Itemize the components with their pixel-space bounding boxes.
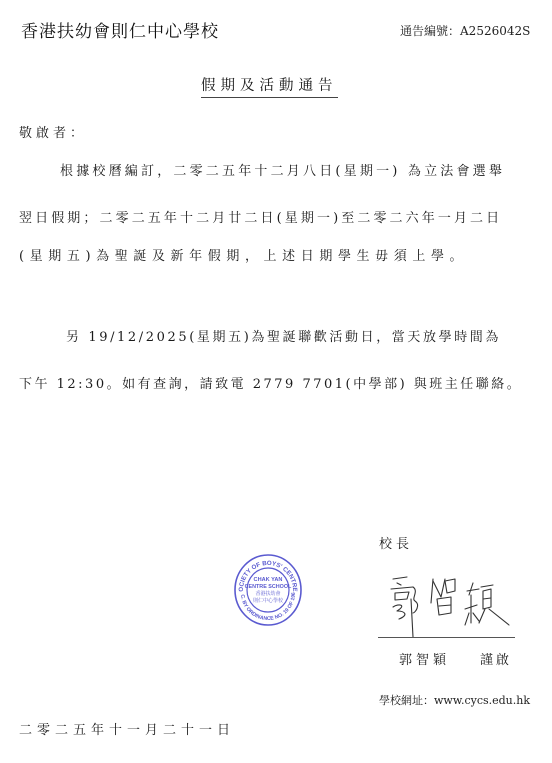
paragraph1-line1: 根據校曆編訂，二零二五年十二月八日(星期一) 為立法會選舉 xyxy=(60,160,505,179)
signature-line xyxy=(378,637,515,638)
notice-number-value: A2526042S xyxy=(460,24,530,38)
school-website: 學校網址：www.cycs.edu.hk xyxy=(379,692,530,708)
salutation: 敬啟者： xyxy=(19,122,87,141)
website-label: 學校網址： xyxy=(379,694,434,707)
stamp-inner-line2: CENTRE SCHOOL xyxy=(245,584,292,590)
issue-date: 二零二五年十一月二十一日 xyxy=(19,719,235,738)
handwritten-signature-icon xyxy=(385,573,515,641)
school-stamp-icon: SOCIETY OF BOYS' CENTRES INC. BY ORDINAN… xyxy=(233,553,303,627)
notice-number-label: 通告編號： xyxy=(400,24,460,38)
principal-name: 郭智穎 xyxy=(399,649,450,668)
stamp-inner-line3: 香港扶幼會 xyxy=(255,590,280,597)
school-name: 香港扶幼會則仁中心學校 xyxy=(21,17,219,42)
stamp-inner-line4: 則仁中心學校 xyxy=(253,597,284,604)
website-link[interactable]: www.cycs.edu.hk xyxy=(434,694,530,707)
notice-title: 假期及活動通告 xyxy=(201,74,338,98)
stamp-inner-line1: CHAK YAN xyxy=(254,577,283,583)
paragraph1-line3: (星期五)為聖誕及新年假期，上述日期學生毋須上學。 xyxy=(19,245,468,264)
paragraph2-line2: 下午 12:30。如有查詢，請致電 2779 7701(中學部) 與班主任聯絡。 xyxy=(19,373,522,392)
notice-number: 通告編號：A2526042S xyxy=(400,22,530,39)
principal-title: 校長 xyxy=(379,533,413,552)
paragraph1-line2: 翌日假期；二零二五年十二月廿二日(星期一)至二零二六年一月二日 xyxy=(19,207,502,226)
closing-remark: 謹啟 xyxy=(480,649,512,668)
paragraph2-line1: 另 19/12/2025(星期五)為聖誕聯歡活動日，當天放學時間為 xyxy=(66,326,501,345)
